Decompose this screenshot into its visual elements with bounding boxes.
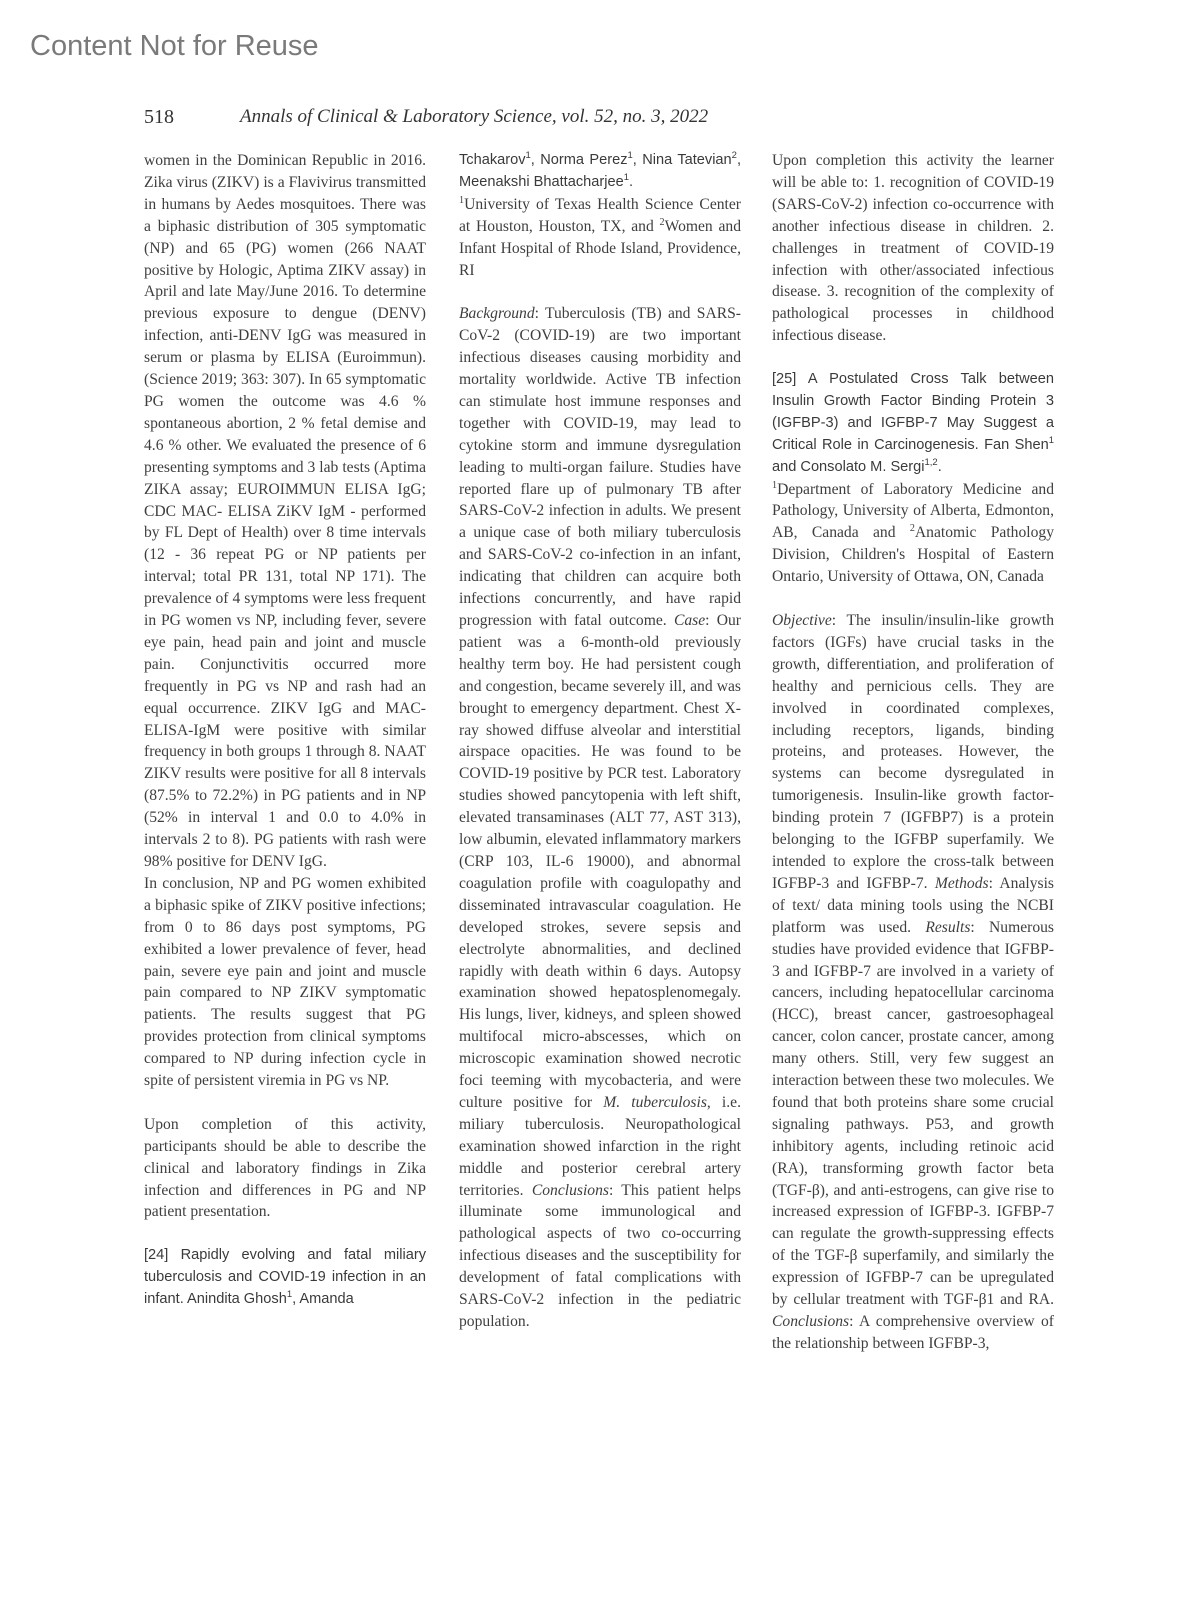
section-label: Objective <box>772 612 832 629</box>
abstract-25-heading: [25] A Postulated Cross Talk between Ins… <box>772 369 1054 479</box>
journal-citation: Annals of Clinical & Laboratory Science,… <box>240 106 708 128</box>
column-1: women in the Dominican Republic in 2016.… <box>144 150 426 1311</box>
column-2: Tchakarov1, Norma Perez1, Nina Tatevian2… <box>459 150 741 1333</box>
author: Amanda <box>299 1291 353 1307</box>
section-text: : Numerous studies have provided evidenc… <box>772 919 1054 1308</box>
column-3: Upon completion this activity the learne… <box>772 150 1054 1355</box>
organism-name: M. tuberculosis <box>603 1094 707 1111</box>
section-text: : Our patient was a 6-month-old previous… <box>459 612 741 1111</box>
author: Meenakshi Bhattacharjee <box>459 174 624 190</box>
abstract-23-learning-objective: Upon completion of this activity, partic… <box>144 1114 426 1224</box>
abstract-24-heading: [24] Rapidly evolving and fatal miliary … <box>144 1245 426 1311</box>
section-label: Conclusions <box>532 1182 609 1199</box>
author: Consolato M. Sergi <box>800 459 924 475</box>
section-text: : The insulin/insulin-like growth factor… <box>772 612 1054 892</box>
abstract-24-body: Background: Tuberculosis (TB) and SARS-C… <box>459 303 741 1333</box>
abstract-24-learning-objective: Upon completion this activity the learne… <box>772 150 1054 347</box>
section-text: : Tuberculosis (TB) and SARS-CoV-2 (COVI… <box>459 305 741 629</box>
abstract-24-affiliations: 1University of Texas Health Science Cent… <box>459 194 741 282</box>
author: Norma Perez <box>540 152 627 168</box>
author: Fan Shen <box>984 437 1049 453</box>
abstract-25-affiliations: 1Department of Laboratory Medicine and P… <box>772 479 1054 589</box>
section-label: Case <box>674 612 705 629</box>
section-label: Methods <box>935 875 989 892</box>
section-text: : This patient helps illuminate some imm… <box>459 1182 741 1330</box>
section-label: Background <box>459 305 535 322</box>
abstract-25-body: Objective: The insulin/insulin-like grow… <box>772 610 1054 1355</box>
author: Tchakarov <box>459 152 526 168</box>
abstract-23-body: women in the Dominican Republic in 2016.… <box>144 150 426 873</box>
abstract-24-authors: Tchakarov1, Norma Perez1, Nina Tatevian2… <box>459 150 741 194</box>
abstract-23-conclusion: In conclusion, NP and PG women exhibited… <box>144 873 426 1092</box>
author: Nina Tatevian <box>642 152 731 168</box>
author: Anindita Ghosh <box>187 1291 287 1307</box>
section-label: Results <box>925 919 970 936</box>
watermark: Content Not for Reuse <box>30 30 319 63</box>
section-label: Conclusions <box>772 1313 849 1330</box>
page-number: 518 <box>144 106 174 129</box>
